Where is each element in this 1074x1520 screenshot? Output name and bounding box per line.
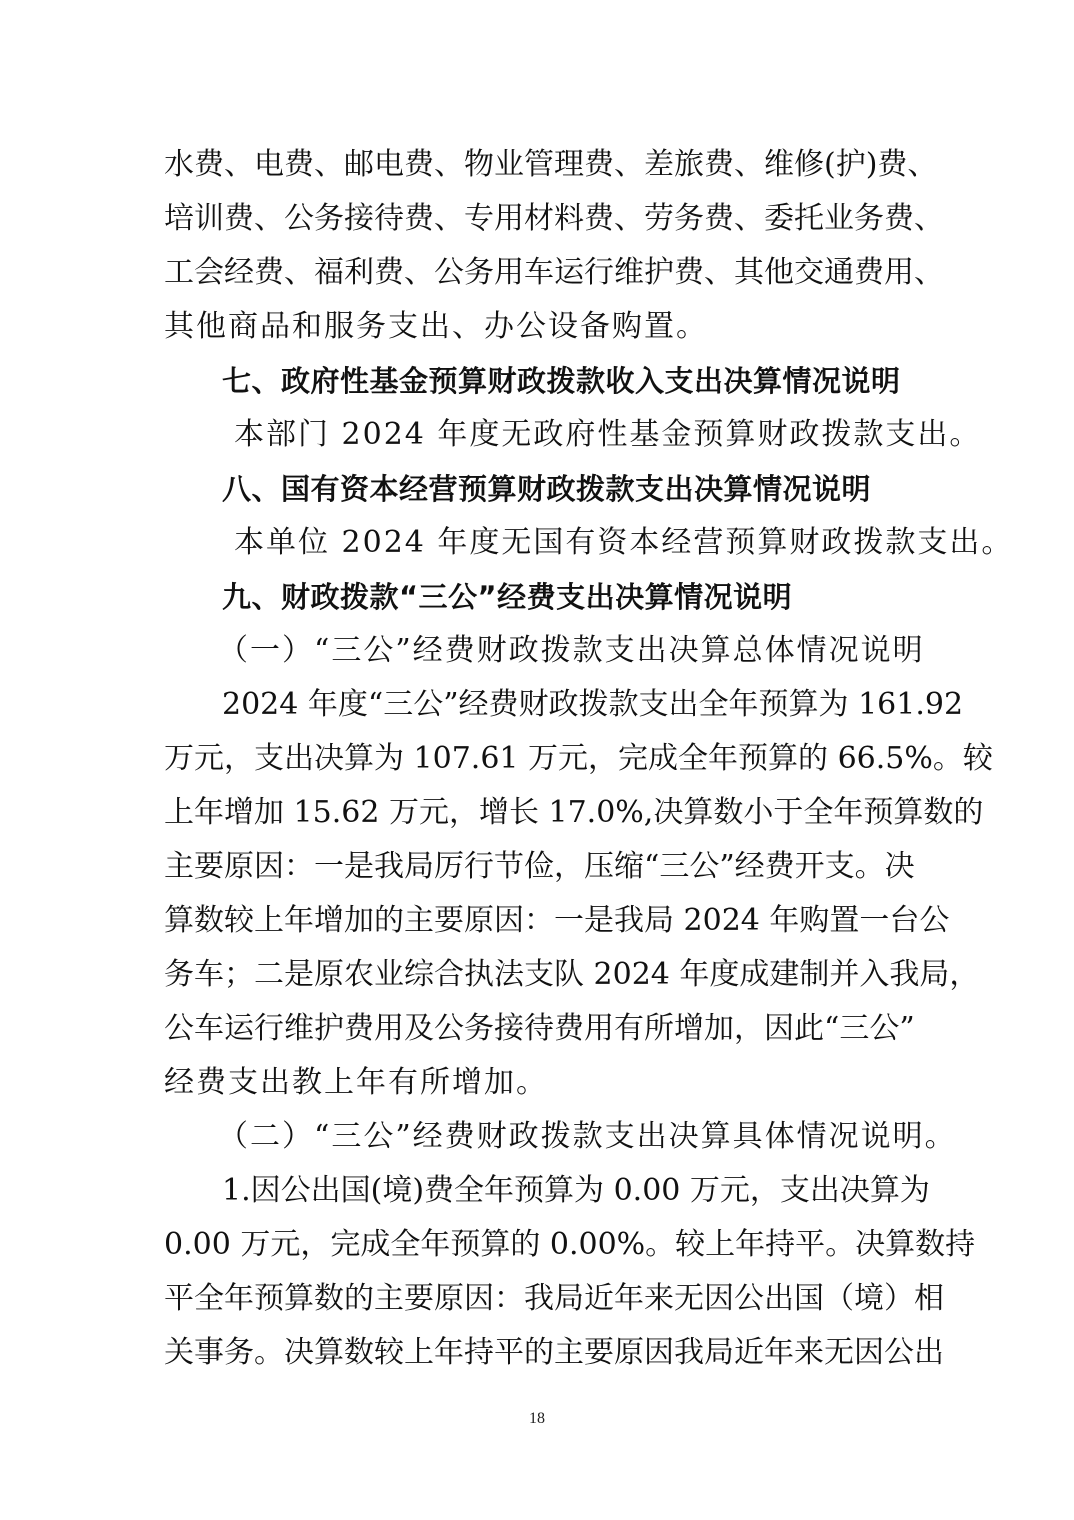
section-body-8: 本单位 2024 年度无国有资本经营预算财政拨款支出。 bbox=[234, 523, 926, 563]
paragraph-line: 2024 年度“三公”经费财政拨款支出全年预算为 161.92 bbox=[222, 685, 914, 725]
body-text-line: 其他商品和服务支出、办公设备购置。 bbox=[164, 307, 914, 347]
section-heading-9: 九、财政拨款“三公”经费支出决算情况说明 bbox=[222, 577, 914, 617]
subsection-heading-2: （二）“三公”经费财政拨款支出决算具体情况说明。 bbox=[218, 1117, 932, 1157]
paragraph-line: 0.00 万元，完成全年预算的 0.00%。较上年持平。决算数持 bbox=[164, 1225, 914, 1265]
paragraph-line: 关事务。决算数较上年持平的主要原因我局近年来无因公出 bbox=[164, 1333, 914, 1373]
body-text-line: 工会经费、福利费、公务用车运行维护费、其他交通费用、 bbox=[164, 253, 914, 293]
paragraph-line: 平全年预算数的主要原因：我局近年来无因公出国（境）相 bbox=[164, 1279, 914, 1319]
section-heading-7: 七、政府性基金预算财政拨款收入支出决算情况说明 bbox=[222, 361, 914, 401]
body-text-line: 培训费、公务接待费、专用材料费、劳务费、委托业务费、 bbox=[164, 199, 914, 239]
subsection-heading-1: （一）“三公”经费财政拨款支出决算总体情况说明 bbox=[218, 631, 932, 671]
paragraph-line: 务车；二是原农业综合执法支队 2024 年度成建制并入我局， bbox=[164, 955, 914, 995]
body-text-line: 水费、电费、邮电费、物业管理费、差旅费、维修(护)费、 bbox=[164, 145, 914, 185]
paragraph-line: 公车运行维护费用及公务接待费用有所增加，因此“三公” bbox=[164, 1009, 914, 1049]
document-page: 水费、电费、邮电费、物业管理费、差旅费、维修(护)费、 培训费、公务接待费、专用… bbox=[0, 0, 1074, 1520]
section-heading-8: 八、国有资本经营预算财政拨款支出决算情况说明 bbox=[222, 469, 914, 509]
page-number: 18 bbox=[0, 1410, 1074, 1428]
paragraph-line: 算数较上年增加的主要原因：一是我局 2024 年购置一台公 bbox=[164, 901, 914, 941]
paragraph-line: 1.因公出国(境)费全年预算为 0.00 万元，支出决算为 bbox=[222, 1171, 914, 1211]
section-body-7: 本部门 2024 年度无政府性基金预算财政拨款支出。 bbox=[234, 415, 926, 455]
paragraph-line: 上年增加 15.62 万元，增长 17.0%,决算数小于全年预算数的 bbox=[164, 793, 914, 833]
paragraph-line: 主要原因：一是我局厉行节俭，压缩“三公”经费开支。决 bbox=[164, 847, 914, 887]
paragraph-line: 经费支出教上年有所增加。 bbox=[164, 1063, 914, 1103]
paragraph-line: 万元，支出决算为 107.61 万元，完成全年预算的 66.5%。较 bbox=[164, 739, 914, 779]
